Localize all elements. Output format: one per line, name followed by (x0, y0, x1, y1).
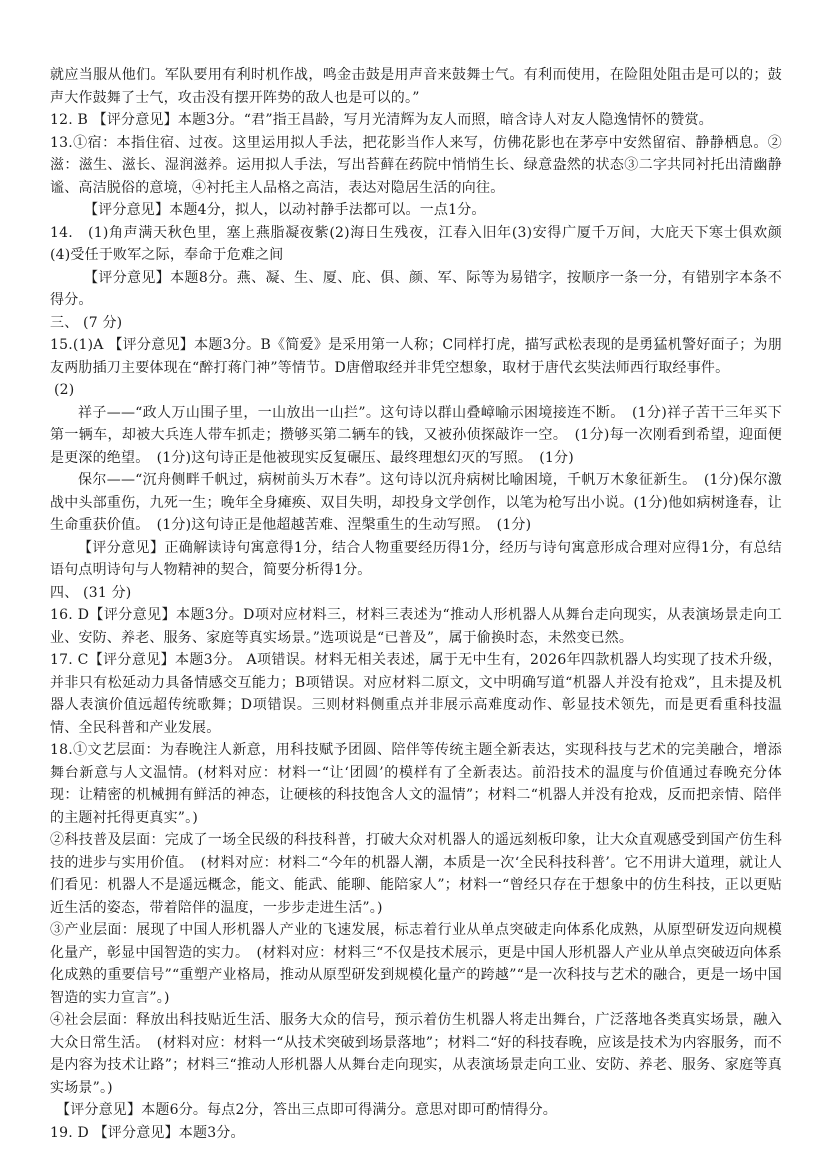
grading-note-q15: 【评分意见】正确解读诗句寓意得1分，结合人物重要经历得1分，经历与诗句寓意形成合… (50, 537, 782, 582)
grading-note-q13: 【评分意见】本题4分，拟人，以动衬静手法都可以。一点1分。 (50, 199, 782, 222)
answer-q15-paul: 保尔——“沉舟侧畔千帆过，病树前头万木春”。这句诗以沉舟病树比喻困境，千帆万木象… (50, 469, 782, 537)
answer-q17: 17. C【评分意见】本题3分。 A项错误。材料无相关表述，属于无中生有，202… (50, 649, 782, 739)
section-heading-3: 三、 (7 分) (50, 312, 782, 335)
answer-q13: 13.①宿：本指住宿、过夜。这里运用拟人手法，把花影当作人来写，仿佛花影也在茅亭… (50, 132, 782, 200)
grading-note-q18: 【评分意见】本题6分。每点2分，答出三点即可得满分。意思对即可酌情得分。 (50, 1099, 782, 1122)
answer-q18-point4: ④社会层面：释放出科技贴近生活、服务大众的信号，预示着仿生机器人将走出舞台，广泛… (50, 1009, 782, 1099)
answer-q18-point2: ②科技普及层面：完成了一场全民级的科技科普，打破大众对机器人的遥远刻板印象，让大… (50, 829, 782, 919)
answer-q12: 12. B 【评分意见】本题3分。“君”指王昌龄，写月光清辉为友人而照，暗含诗人… (50, 109, 782, 132)
answer-q16: 16. D【评分意见】本题3分。D项对应材料三，材料三表述为“推动人形机器人从舞… (50, 604, 782, 649)
document-page: 就应当服从他们。军队要用有利时机作战，鸣金击鼓是用声音来鼓舞士气。有利而使用，在… (50, 64, 782, 1144)
answer-q15-part1: 15.(1)A 【评分意见】本题3分。B《简爱》是采用第一人称；C同样打虎，描写… (50, 334, 782, 379)
answer-q14: 14. (1)角声满天秋色里，塞上燕脂凝夜紫(2)海日生残夜，江春入旧年(3)安… (50, 222, 782, 267)
answer-q18-point1: 18.①文艺层面：为春晚注人新意，用科技赋予团圆、陪伴等传统主题全新表达，实现科… (50, 739, 782, 829)
answer-q15-xiangzi: 祥子——“政人万山围子里，一山放出一山拦”。这句诗以群山叠嶂喻示困境接连不断。 … (50, 402, 782, 470)
section-heading-4: 四、 (31 分) (50, 582, 782, 605)
grading-note-q14: 【评分意见】本题8分。燕、凝、生、厦、庇、俱、颜、军、际等为易错字，按顺序一条一… (50, 267, 782, 312)
answer-q18-point3: ③产业层面：展现了中国人形机器人产业的飞速发展，标志着行业从单点突破走向体系化成… (50, 919, 782, 1009)
passage-translation-continued: 就应当服从他们。军队要用有利时机作战，鸣金击鼓是用声音来鼓舞士气。有利而使用，在… (50, 64, 782, 109)
answer-q15-part2-label: (2) (50, 379, 782, 402)
answer-q19: 19. D 【评分意见】本题3分。 (50, 1122, 782, 1145)
